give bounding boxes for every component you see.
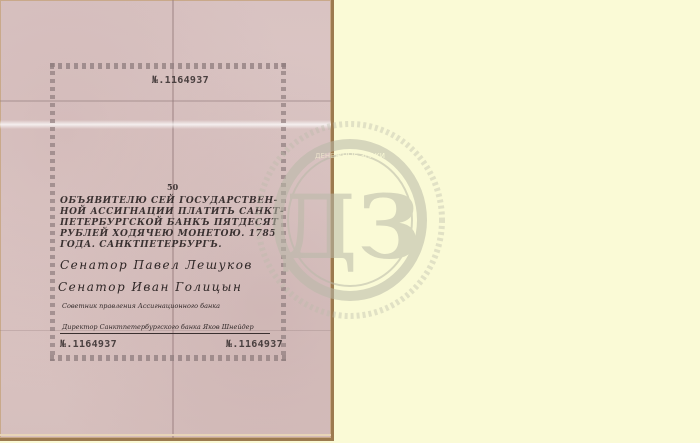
text-line: ной ассигнации платить Санкт- [60, 207, 300, 218]
banknote-text: Объявителю сей государствен- ной ассигна… [60, 196, 300, 251]
signature-underline [60, 333, 270, 334]
signature-senator-1: Сенатор Павел Лешуков [60, 258, 253, 272]
signature-senator-2: Сенатор Иван Голицын [58, 280, 242, 294]
ornament-border-left [50, 63, 55, 361]
text-line: петербургской банкъ пятдесят [60, 218, 300, 229]
serial-number-bottom-left: №.1164937 [60, 339, 117, 350]
serial-number-bottom-right: №.1164937 [226, 339, 283, 350]
signature-councillor: Советник правления Ассигнационного банка [62, 302, 220, 310]
denomination: 50 [167, 182, 178, 192]
ornament-border-top [50, 63, 286, 69]
text-line: года. Санктпетербургъ. [60, 240, 300, 251]
image-canvas: №.1164937 50 Объявителю сей государствен… [0, 0, 700, 443]
text-line: Объявителю сей государствен- [60, 196, 300, 207]
banknote-photo: №.1164937 50 Объявителю сей государствен… [0, 0, 334, 441]
serial-number-top: №.1164937 [152, 75, 209, 86]
signature-director: Директор Санктпетербургского банка Яков … [62, 323, 254, 331]
ornament-border-bottom [50, 355, 286, 361]
text-line: рублей ходячею монетою. 1785 [60, 229, 300, 240]
